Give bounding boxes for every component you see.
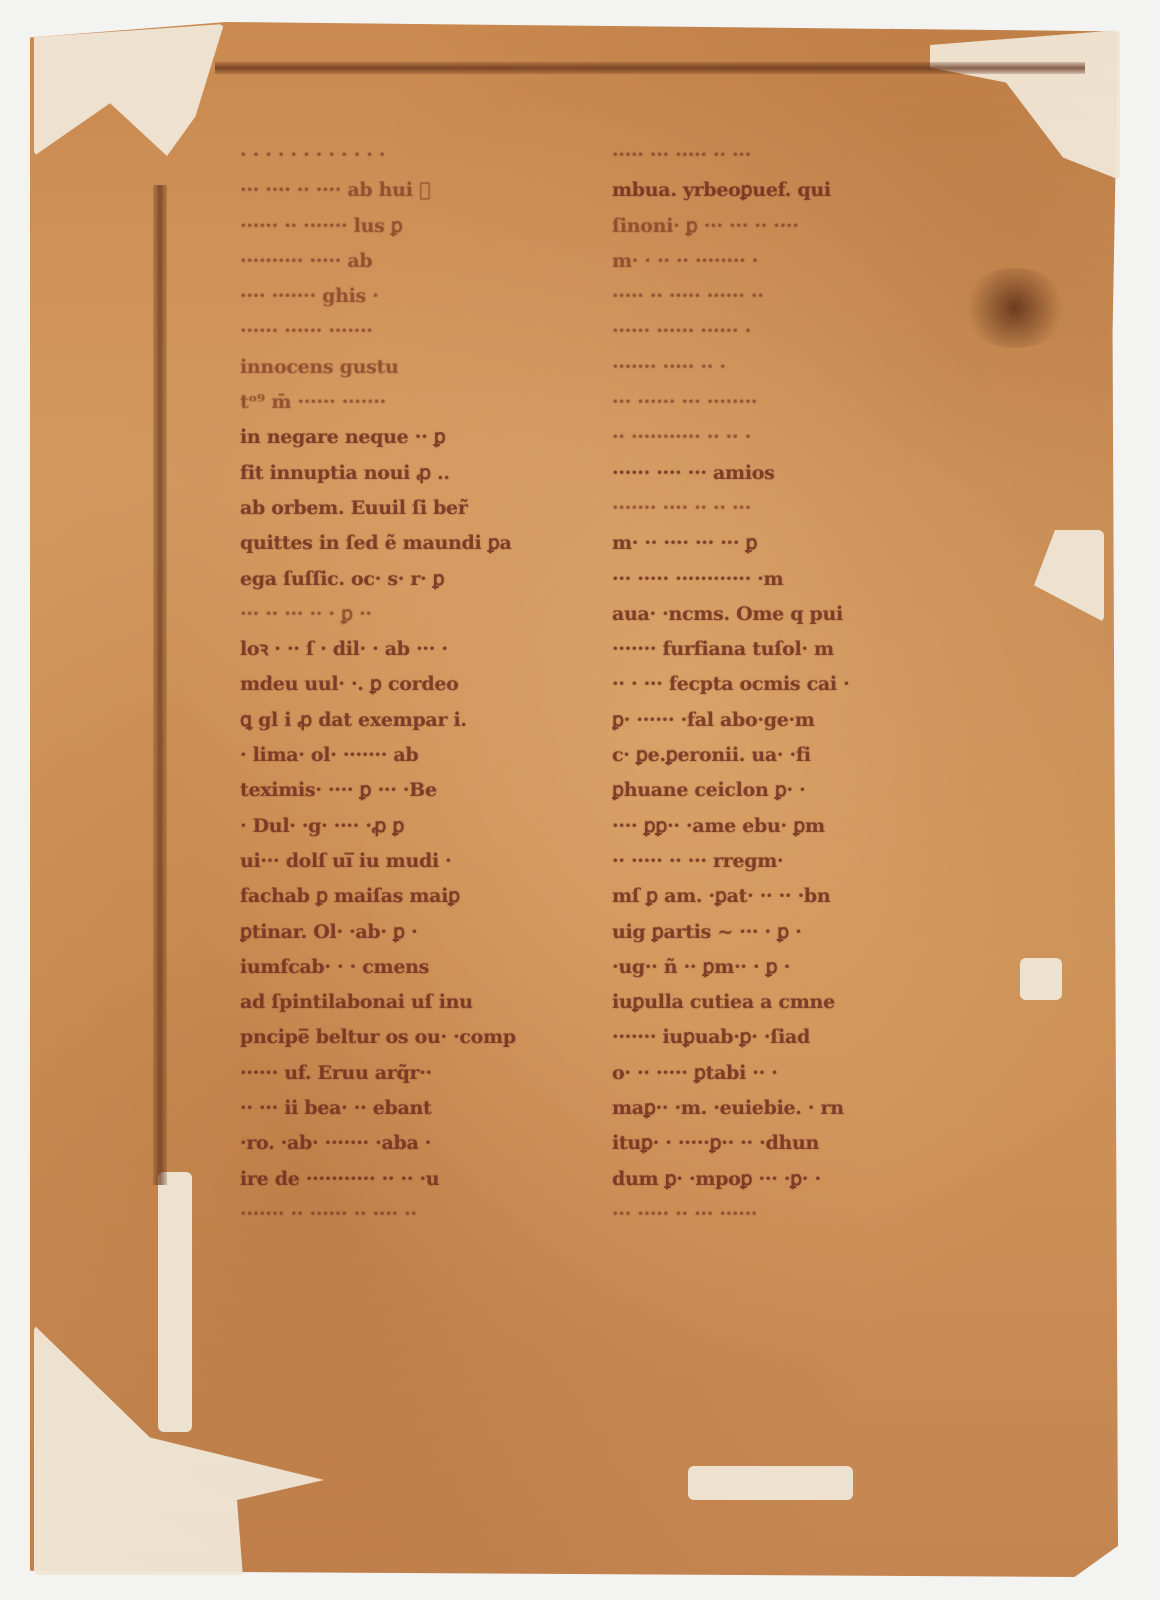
text-line: ······ ·· ······· lus ꝑ xyxy=(240,209,560,244)
text-line: ·ro. ·ab· ······· ·aba · xyxy=(240,1126,560,1161)
text-line: ·· ····· ·· ··· rregm· xyxy=(612,844,932,879)
text-line: fachab ꝑ maiſas maiꝑ xyxy=(240,879,560,914)
text-line: · lima· ol· ······· ab xyxy=(240,738,560,773)
text-line: ······· ····· ·· · xyxy=(612,350,932,385)
text-line: loꝛ · ·· ſ · dil· · ab ··· · xyxy=(240,632,560,667)
text-line: in negare neque ·· ꝑ xyxy=(240,420,560,455)
vertical-fold-line xyxy=(153,185,167,1185)
text-line: ······· furfiana tuſol· m xyxy=(612,632,932,667)
text-line: ad ſpintilabonai uſ inu xyxy=(240,985,560,1020)
text-line: aua· ·ncms. Ome q pui xyxy=(612,597,932,632)
text-line: ····· ·· ····· ······ ·· xyxy=(612,279,932,314)
left-text-column: · · · · · · · · · · · · ··· ···· ·· ····… xyxy=(240,138,560,1232)
text-line: ······ uf. Eruu arq̃r·· xyxy=(240,1056,560,1091)
text-line: ······ ······ ······ · xyxy=(612,314,932,349)
text-line: ·· ··· ii bea· ·· ebant xyxy=(240,1091,560,1126)
text-line: ituꝑ· · ·····ꝑ·· ·· ·dhun xyxy=(612,1126,932,1161)
text-line: ······· ···· ·· ·· ··· xyxy=(612,491,932,526)
text-line: ſinoni· ꝑ ··· ··· ·· ···· xyxy=(612,209,932,244)
text-line: ···· ······· ghis · xyxy=(240,279,560,314)
text-line: ab orbem. Euuil ſi ber̃ xyxy=(240,491,560,526)
right-text-column: ····· ··· ····· ·· ··· mbua. yrbeoꝑuef. … xyxy=(612,138,932,1232)
text-line: tᵒ⁹ m̄ ······ ······· xyxy=(240,385,560,420)
text-line: ega ſuſſic. oc· s· r· ꝑ xyxy=(240,562,560,597)
text-line: m· ·· ···· ··· ··· ꝑ xyxy=(612,526,932,561)
text-line: · Dul· ·g· ···· ·ꝓ ꝑ xyxy=(240,809,560,844)
text-line: ꝗ gl i ꝓ dat exempar i. xyxy=(240,703,560,738)
text-line: o· ·· ····· ꝑtabi ·· · xyxy=(612,1056,932,1091)
text-line: c· ꝑe.ꝑeronii. ua· ·fi xyxy=(612,738,932,773)
text-line: ···· ꝑꝑ·· ·ame ebu· ꝑm xyxy=(612,809,932,844)
text-line: mdeu uul· ·. ꝑ cordeo xyxy=(240,667,560,702)
text-line: fit innuptia noui ꝓ .. xyxy=(240,456,560,491)
text-line: ··· ······ ··· ········ xyxy=(612,385,932,420)
dark-stain xyxy=(960,268,1070,348)
text-line: iumfcab· · · cmens xyxy=(240,950,560,985)
text-line: ······ ······ ······· xyxy=(240,314,560,349)
text-line: ·· ··········· ·· ·· · xyxy=(612,420,932,455)
text-line: uig ꝑartis ~ ··· · ꝑ · xyxy=(612,915,932,950)
text-line: ······· iuꝑuab·ꝑ· ·ſiad xyxy=(612,1020,932,1055)
text-line: pncipe̅ beltur os ou· ·comp xyxy=(240,1020,560,1055)
text-line: ······· ·· ······ ·· ···· ·· xyxy=(240,1197,560,1232)
text-line: ····· ··· ····· ·· ··· xyxy=(612,138,932,173)
text-line: ·ug·· ñ ·· ꝑm·· · ꝑ · xyxy=(612,950,932,985)
text-line: ꝑ· ······ ·fal abo·ge·m xyxy=(612,703,932,738)
parchment-leaf xyxy=(30,22,1118,1577)
text-line: ··· ·· ··· ·· · ꝑ ·· xyxy=(240,597,560,632)
text-line: innocens gustu xyxy=(240,350,560,385)
text-line: ire de ··········· ·· ·· ·u xyxy=(240,1162,560,1197)
text-line: ··· ····· ············ ·m xyxy=(612,562,932,597)
text-line: mbua. yrbeoꝑuef. qui xyxy=(612,173,932,208)
text-line: teximis· ···· ꝑ ··· ·Be xyxy=(240,773,560,808)
text-line: maꝑ·· ·m. ·euiebie. · rn xyxy=(612,1091,932,1126)
text-line: ·· · ··· fecpta ocmis cai · xyxy=(612,667,932,702)
text-line: ··· ···· ·· ···· ab hui ᷑ xyxy=(240,173,560,208)
text-line: ꝑhuane ceiclon ꝑ· · xyxy=(612,773,932,808)
top-fold-line xyxy=(215,62,1085,74)
repair-patch-right-small xyxy=(1020,958,1062,1000)
text-line: mſ ꝑ am. ·ꝑat· ·· ·· ·bn xyxy=(612,879,932,914)
text-line: m· · ·· ·· ········ · xyxy=(612,244,932,279)
text-line: ··· ····· ·· ··· ······ xyxy=(612,1197,932,1232)
repair-strip-left xyxy=(158,1172,192,1432)
text-line: · · · · · · · · · · · · xyxy=(240,138,560,173)
text-line: dum ꝑ· ·mpoꝑ ··· ·ꝑ· · xyxy=(612,1162,932,1197)
text-line: quittes in ſed ẽ maundi ꝑa xyxy=(240,526,560,561)
text-line: ui··· dolſ ui̅ iu mudi · xyxy=(240,844,560,879)
text-line: ·········· ····· ab xyxy=(240,244,560,279)
text-line: ······ ···· ··· amios xyxy=(612,456,932,491)
text-line: iuꝑulla cutiea a cmne xyxy=(612,985,932,1020)
text-line: ꝑtinar. Ol· ·ab· ꝑ · xyxy=(240,915,560,950)
repair-strip-bottom xyxy=(688,1466,853,1500)
